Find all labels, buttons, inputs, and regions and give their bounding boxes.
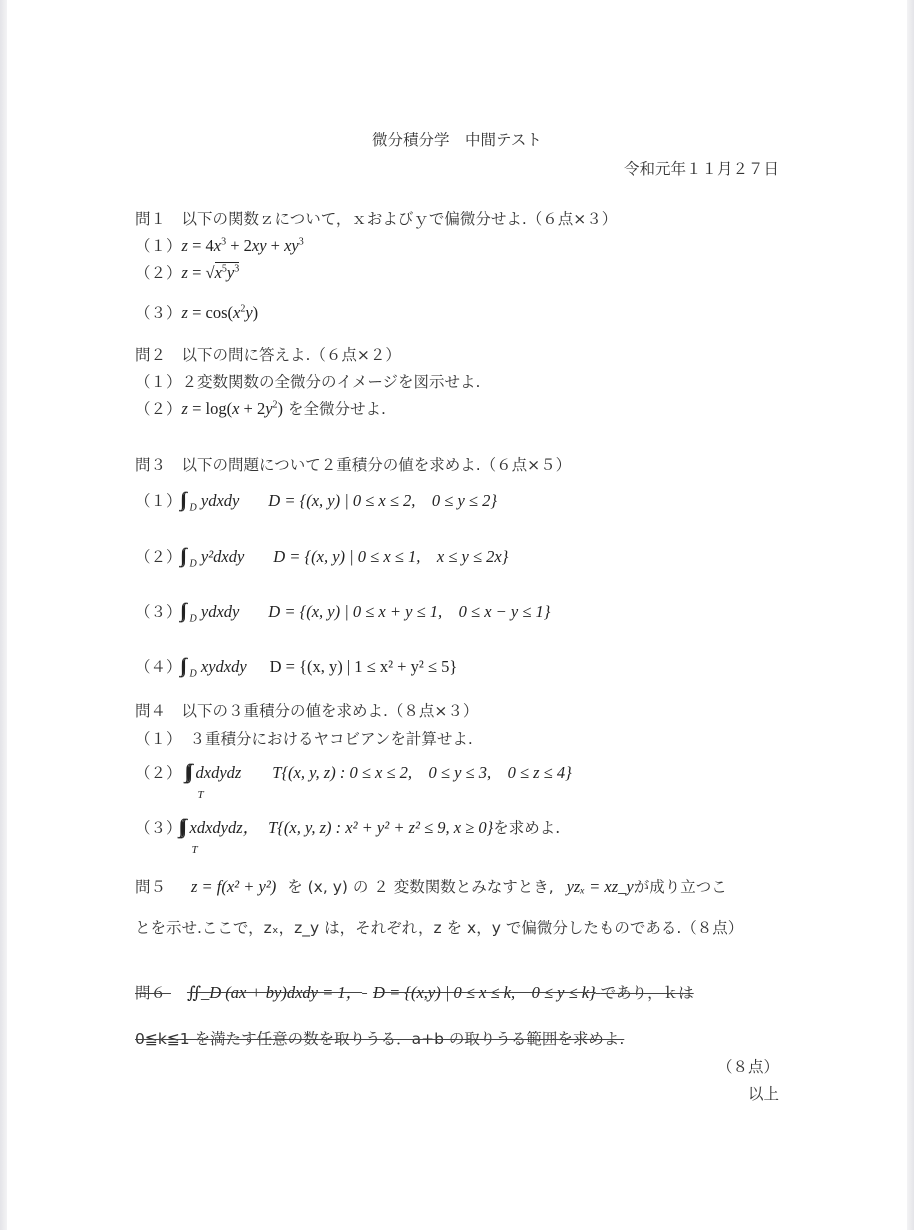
math-expr: z = √x5y3 (182, 262, 240, 282)
q3-item-2: （２）∫∫D y²dxdy D = {(x, y) | 0 ≤ x ≤ 1, x… (135, 546, 508, 567)
document-title: 微分積分学 中間テスト (7, 128, 907, 150)
q5-text-a: を (x, y) の ２ 変数関数とみなすとき, (287, 878, 553, 896)
domain: D = {(x, y) | 0 ≤ x + y ≤ 1, 0 ≤ x − y ≤… (268, 602, 550, 621)
item-label: （２） (135, 264, 182, 282)
double-integral: ∫∫D y²dxdy (182, 547, 245, 566)
domain: T{(x, y, z) : 0 ≤ x ≤ 2, 0 ≤ y ≤ 3, 0 ≤ … (272, 763, 571, 782)
q6-integral: ∬_D (ax + by)dxdy = 1， (187, 983, 362, 1002)
item-text: ２変数関数の全微分のイメージを図示せよ. (182, 373, 481, 391)
item-label: （３） (135, 603, 182, 621)
q1-item-3: （３）z = cos(x2y) (135, 303, 258, 323)
item-label: （２） (135, 400, 182, 418)
item-label: （１） (135, 373, 182, 391)
q2-item-2: （２）z = log(x + 2y2) を全微分せよ. (135, 399, 386, 419)
q3-item-4: （４）∫∫D xydxdy D = {(x, y) | 1 ≤ x² + y² … (135, 656, 457, 677)
double-integral: ∫∫D ydxdy (182, 602, 240, 621)
domain: D = {(x, y) | 0 ≤ x ≤ 2, 0 ≤ y ≤ 2} (268, 491, 497, 510)
double-integral: ∫∫D xydxdy (182, 657, 247, 676)
q5-function: z = f(x² + y²) (191, 877, 276, 896)
q1-item-1: （１）z = 4x3 + 2xy + xy3 (135, 236, 304, 256)
q5-line-2: とを示せ.ここで，zₓ，z_y は，それぞれ，z を x，y で偏微分したもので… (135, 918, 743, 938)
item-label: （４） (135, 658, 182, 676)
item-label: （２） (135, 764, 182, 782)
integrand: ydxdy (201, 602, 239, 621)
integrand: dxdydz (196, 763, 242, 782)
q6-points: （８点） (717, 1057, 779, 1077)
item-text: を全微分せよ. (288, 400, 386, 418)
q1-heading: 問１ 以下の関数ｚについて，ｘおよびｙで偏微分せよ.（６点×３） (135, 209, 617, 229)
q3-item-1: （１）∫∫D ydxdy D = {(x, y) | 0 ≤ x ≤ 2, 0 … (135, 490, 497, 511)
item-text: を求めよ. (493, 819, 560, 837)
item-label: （１） (135, 730, 182, 748)
double-integral: ∫∫D ydxdy (182, 491, 240, 510)
item-label: （２） (135, 548, 182, 566)
end-mark: 以上 (748, 1084, 779, 1104)
triple-integral: ∫∫∫Tdxdydz (188, 763, 242, 782)
q5-line-1: 問５ z = f(x² + y²) を (x, y) の ２ 変数関数とみなすと… (135, 877, 727, 897)
q5-equation: yzₓ = xz_y (567, 877, 634, 896)
q2-item-1: （１）２変数関数の全微分のイメージを図示せよ. (135, 372, 480, 392)
item-label: （１） (135, 237, 182, 255)
item-label: （３） (135, 304, 182, 322)
exam-page: 微分積分学 中間テスト 令和元年１１月２７日 問１ 以下の関数ｚについて，ｘおよ… (7, 0, 907, 1230)
q2-heading: 問２ 以下の問に答えよ.（６点×２） (135, 345, 401, 365)
q6-tail: であり，ｋは (601, 984, 694, 1002)
document-date: 令和元年１１月２７日 (624, 157, 779, 179)
item-label: （１） (135, 492, 182, 510)
item-label: （３） (135, 819, 182, 837)
integrand: xydxdy (201, 657, 247, 676)
q3-item-3: （３）∫∫D ydxdy D = {(x, y) | 0 ≤ x + y ≤ 1… (135, 601, 550, 622)
q3-heading: 問３ 以下の問題について２重積分の値を求めよ.（６点×５） (135, 455, 571, 475)
triple-integral: ∫∫∫Txdxdydz， (182, 818, 260, 837)
math-expr: z = log(x + 2y2) (182, 399, 284, 418)
math-expr: z = 4x3 + 2xy + xy3 (182, 236, 304, 255)
domain: T{(x, y, z) : x² + y² + z² ≤ 9, x ≥ 0} (268, 818, 493, 837)
page-edge-left (0, 0, 7, 1230)
integrand: xdxdydz， (190, 818, 260, 837)
q5-text-b: が成り立つこ (634, 878, 727, 896)
q6-label: 問６ (135, 984, 166, 1002)
q4-item-1: （１）３重積分におけるヤコビアンを計算せよ. (135, 729, 473, 749)
item-text: ３重積分におけるヤコビアンを計算せよ. (190, 730, 473, 748)
q6-domain: D = {(x,y) | 0 ≤ x ≤ k, 0 ≤ y ≤ k} (373, 983, 596, 1002)
integrand: ydxdy (201, 491, 239, 510)
q6-line-1: 問６ ∬_D (ax + by)dxdy = 1， D = {(x,y) | 0… (135, 983, 694, 1003)
page-edge-right (907, 0, 914, 1230)
q4-item-2: （２）∫∫∫Tdxdydz T{(x, y, z) : 0 ≤ x ≤ 2, 0… (135, 762, 572, 783)
integrand: y²dxdy (201, 547, 244, 566)
math-expr: z = cos(x2y) (182, 303, 259, 322)
domain: D = {(x, y) | 1 ≤ x² + y² ≤ 5} (270, 657, 458, 676)
q1-item-2: （２）z = √x5y3 (135, 263, 239, 283)
q6-line-2: 0≦k≦1 を満たす任意の数を取りうる．a+b の取りうる範囲を求めよ. (135, 1029, 624, 1049)
q4-heading: 問４ 以下の３重積分の値を求めよ.（８点×３） (135, 701, 478, 721)
q4-item-3: （３）∫∫∫Txdxdydz， T{(x, y, z) : x² + y² + … (135, 817, 560, 838)
domain: D = {(x, y) | 0 ≤ x ≤ 1, x ≤ y ≤ 2x} (273, 547, 508, 566)
q5-label: 問５ (135, 878, 166, 896)
